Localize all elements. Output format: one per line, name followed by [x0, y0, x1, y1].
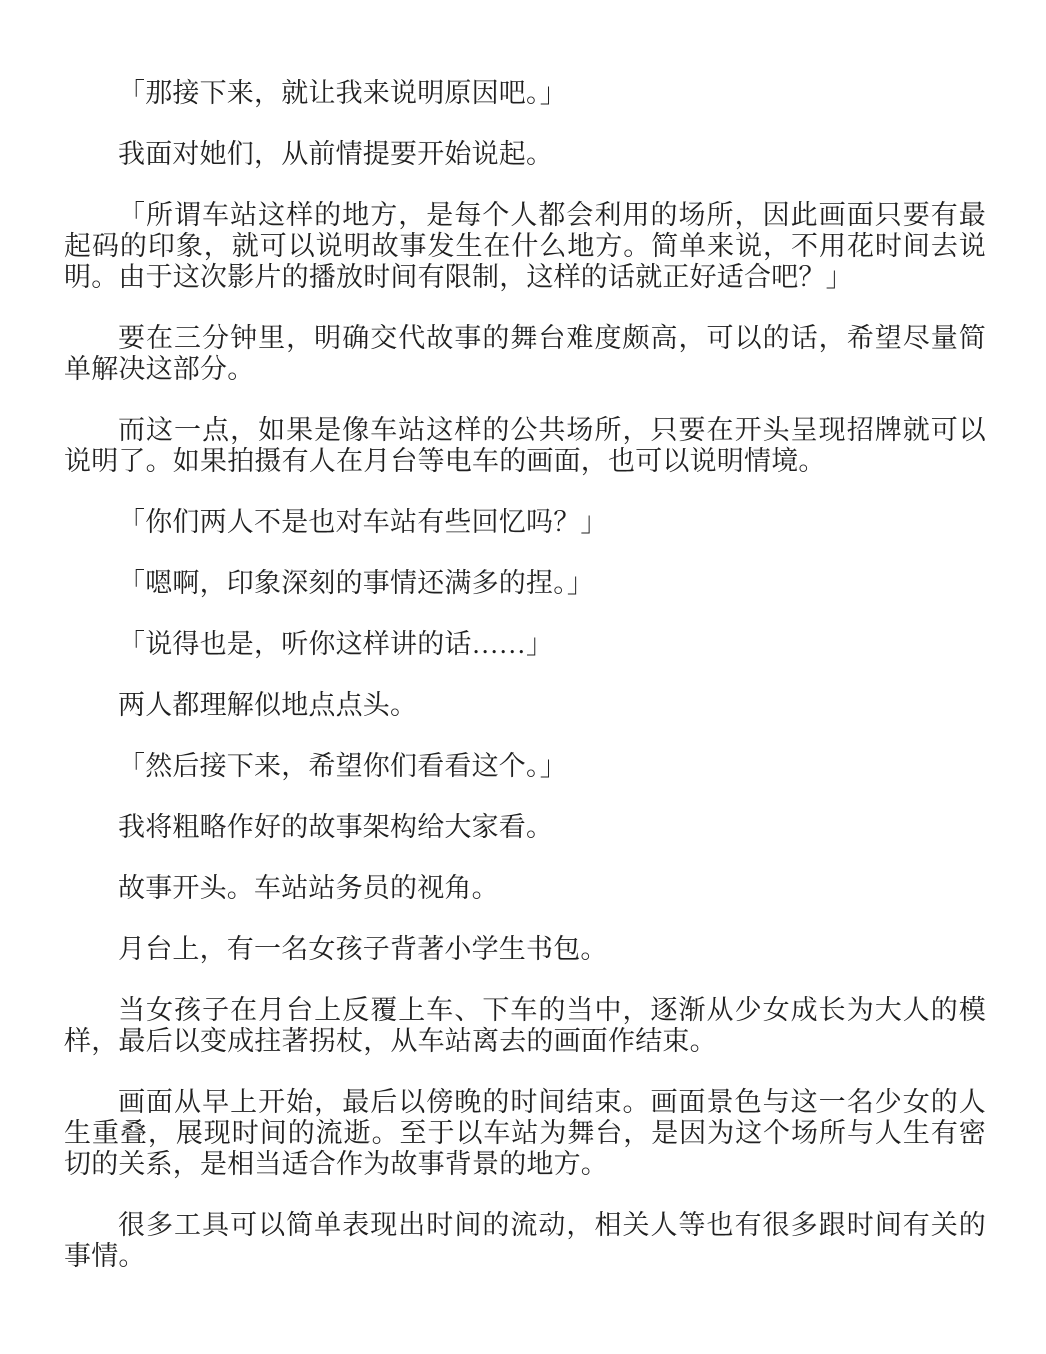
paragraph: 画面从早上开始，最后以傍晚的时间结束。画面景色与这一名少女的人生重叠，展现时间的… [64, 1087, 986, 1180]
paragraph: 我将粗略作好的故事架构给大家看。 [64, 812, 986, 843]
paragraph: 「所谓车站这样的地方，是每个人都会利用的场所，因此画面只要有最起码的印象，就可以… [64, 200, 986, 293]
paragraph: 「然后接下来，希望你们看看这个。」 [64, 751, 986, 782]
paragraph: 而这一点，如果是像车站这样的公共场所，只要在开头呈现招牌就可以说明了。如果拍摄有… [64, 415, 986, 477]
paragraph: 「说得也是，听你这样讲的话……」 [64, 629, 986, 660]
paragraph: 故事开头。车站站务员的视角。 [64, 873, 986, 904]
paragraph: 「你们两人不是也对车站有些回忆吗？」 [64, 507, 986, 538]
paragraph: 要在三分钟里，明确交代故事的舞台难度颇高，可以的话，希望尽量简单解决这部分。 [64, 323, 986, 385]
text-column: 「那接下来，就让我来说明原因吧。」我面对她们，从前情提要开始说起。「所谓车站这样… [64, 78, 986, 1272]
paragraph: 「嗯啊，印象深刻的事情还满多的捏。」 [64, 568, 986, 599]
paragraph: 两人都理解似地点点头。 [64, 690, 986, 721]
paragraph: 很多工具可以简单表现出时间的流动，相关人等也有很多跟时间有关的事情。 [64, 1210, 986, 1272]
book-page: 「那接下来，就让我来说明原因吧。」我面对她们，从前情提要开始说起。「所谓车站这样… [0, 0, 1046, 1354]
paragraph: 当女孩子在月台上反覆上车、下车的当中，逐渐从少女成长为大人的模样，最后以变成拄著… [64, 995, 986, 1057]
paragraph: 「那接下来，就让我来说明原因吧。」 [64, 78, 986, 109]
paragraph: 月台上，有一名女孩子背著小学生书包。 [64, 934, 986, 965]
paragraph: 我面对她们，从前情提要开始说起。 [64, 139, 986, 170]
